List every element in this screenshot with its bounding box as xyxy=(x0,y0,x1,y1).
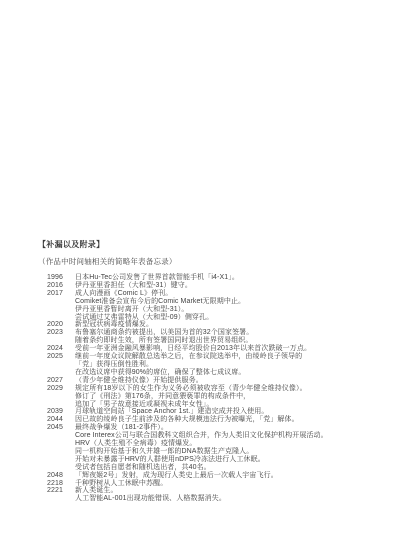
timeline-row: 人工智能AL-001出现功能错误、人格数据消失。 xyxy=(47,495,377,503)
timeline-text: 规定所有18岁以下的女生作为义务必须被收容至（青少年健全维持仪像）。 xyxy=(75,385,377,393)
timeline-row: 2025继前一年度众议院解散总选举之后，在参议院选举中，由绫岭良子领导的 xyxy=(47,353,377,361)
timeline-row: 修订了《刑法》第176条，并同意猥亵罪的构成条件中， xyxy=(47,393,377,401)
timeline-year: 2017 xyxy=(47,290,69,298)
timeline-year: 2039 xyxy=(47,408,69,416)
timeline-text: 在改选议席中获得90%的席位，确保了整体七成议席。 xyxy=(75,369,377,377)
timeline-row: 「党」获得压倒性胜利。 xyxy=(47,361,377,369)
timeline-year: 2221 xyxy=(47,487,69,495)
timeline-year: 2023 xyxy=(47,329,69,337)
timeline-year: 2045 xyxy=(47,424,69,432)
timeline-year: 1996 xyxy=(47,274,69,282)
timeline-text: 千种野树从人工休眠中苏醒。 xyxy=(75,480,377,488)
timeline-row: Comiket准备会宣布今后的Comic Market无限期中止。 xyxy=(47,298,377,306)
timeline-year: 2016 xyxy=(47,282,69,290)
timeline-row: 同一机构开始基于和久井雄一郎的DNA数据生产克隆人。 xyxy=(47,448,377,456)
timeline-text: 开始对未暴露于HRV的人群使用nDPS冷冻法进行人工休眠。 xyxy=(75,456,377,464)
timeline-row: 受试者包括自愿者和随机选出者，共40名。 xyxy=(47,464,377,472)
timeline-row: 2017成人向漫画《Comic L》停刊。 xyxy=(47,290,377,298)
timeline-year: 2048 xyxy=(47,472,69,480)
timeline-text: 随着条约即时生效，所有签署国同时退出世界贸易组织。 xyxy=(75,337,377,345)
timeline-year: 2044 xyxy=(47,416,69,424)
timeline-text: 成人向漫画《Comic L》停刊。 xyxy=(75,290,377,298)
timeline-row: 2029规定所有18岁以下的女生作为义务必须被收容至（青少年健全维持仪像）。 xyxy=(47,385,377,393)
timeline-row: 随着条约即时生效，所有签署国同时退出世界贸易组织。 xyxy=(47,337,377,345)
timeline-list: 1996日本Hu-Tec公司发售了世界首款智能手机「i4-X1」。2016伊丹亚… xyxy=(47,274,377,503)
timeline-text: 同一机构开始基于和久井雄一郎的DNA数据生产克隆人。 xyxy=(75,448,377,456)
document-page: 【补漏以及附录】 （作品中时间轴相关的简略年表备忘录） 1996日本Hu-Tec… xyxy=(0,0,400,560)
timeline-text: 继前一年度众议院解散总选举之后，在参议院选举中，由绫岭良子领导的 xyxy=(75,353,377,361)
timeline-text: 人工智能AL-001出现功能错误、人格数据消失。 xyxy=(75,495,377,503)
timeline-text: 受试者包括自愿者和随机选出者，共40名。 xyxy=(75,464,377,472)
timeline-year: 2025 xyxy=(47,353,69,361)
timeline-row: 伊丹亚里香暂时离开（大和型-31）。 xyxy=(47,306,377,314)
timeline-row: 2027（青少年健全维持仪像）开始提供服务。 xyxy=(47,377,377,385)
timeline-text: Core Interex公司与联合国教科文组织合并，作为人类旧文化保护机构开展活… xyxy=(75,432,377,440)
timeline-row: Core Interex公司与联合国教科文组织合并，作为人类旧文化保护机构开展活… xyxy=(47,432,377,440)
timeline-year: 2027 xyxy=(47,377,69,385)
timeline-row: 2048「辉夜姬2号」发射，成为现行人类史上最后一次载人宇宙飞行。 xyxy=(47,472,377,480)
timeline-text: 伊丹亚里香担任（大和型-31）键守。 xyxy=(75,282,377,290)
timeline-text: 最终战争爆发（181-2事件）。 xyxy=(75,424,377,432)
timeline-row: 2024受前一年亚洲金融风暴影响，日经平均股价自2013年以来首次跌破一万点。 xyxy=(47,345,377,353)
timeline-row: HRV（人类生殖不全病毒）疫情爆发。 xyxy=(47,440,377,448)
timeline-year: 2024 xyxy=(47,345,69,353)
timeline-year: 2020 xyxy=(47,321,69,329)
timeline-text: 伊丹亚里香暂时离开（大和型-31）。 xyxy=(75,306,377,314)
timeline-text: Comiket准备会宣布今后的Comic Market无限期中止。 xyxy=(75,298,377,306)
timeline-text: （青少年健全维持仪像）开始提供服务。 xyxy=(75,377,377,385)
timeline-text: 「辉夜姬2号」发射，成为现行人类史上最后一次载人宇宙飞行。 xyxy=(75,472,377,480)
timeline-row: 2016伊丹亚里香担任（大和型-31）键守。 xyxy=(47,282,377,290)
timeline-year: 2029 xyxy=(47,385,69,393)
timeline-row: 在改选议席中获得90%的席位，确保了整体七成议席。 xyxy=(47,369,377,377)
timeline-text: HRV（人类生殖不全病毒）疫情爆发。 xyxy=(75,440,377,448)
timeline-year: 2218 xyxy=(47,480,69,488)
timeline-text: 「党」获得压倒性胜利。 xyxy=(75,361,377,369)
timeline-row: 开始对未暴露于HRV的人群使用nDPS冷冻法进行人工休眠。 xyxy=(47,456,377,464)
timeline-row: 1996日本Hu-Tec公司发售了世界首款智能手机「i4-X1」。 xyxy=(47,274,377,282)
timeline-text: 日本Hu-Tec公司发售了世界首款智能手机「i4-X1」。 xyxy=(75,274,377,282)
timeline-text: 修订了《刑法》第176条，并同意猥亵罪的构成条件中， xyxy=(75,393,377,401)
timeline-text: 受前一年亚洲金融风暴影响，日经平均股价自2013年以来首次跌破一万点。 xyxy=(75,345,377,353)
timeline-row: 2045最终战争爆发（181-2事件）。 xyxy=(47,424,377,432)
section-title: 【补漏以及附录】 xyxy=(38,239,104,250)
section-subtitle: （作品中时间轴相关的简略年表备忘录） xyxy=(38,256,177,267)
